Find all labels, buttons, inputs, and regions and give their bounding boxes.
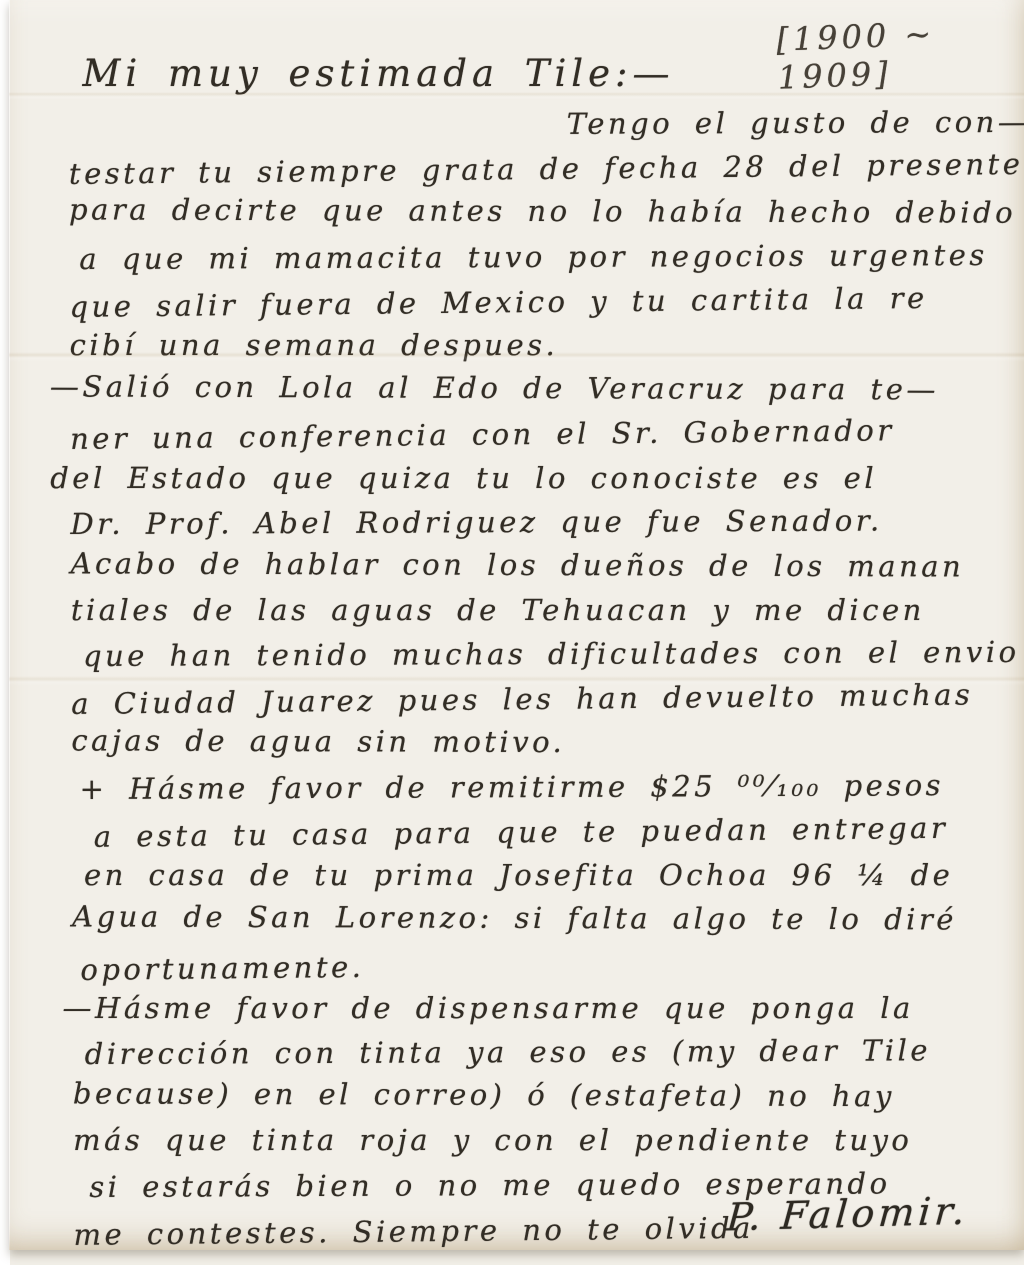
- letter-line: a que mi mamacita tuvo por negocios urge…: [79, 233, 1002, 281]
- letter-line: ner una conferencia con el Sr. Gobernado…: [70, 407, 1003, 461]
- letter-line: tiales de las aguas de Tehuacan y me dic…: [71, 588, 1004, 632]
- letter-line: oportunamente.: [80, 938, 1005, 992]
- letter-paper: [1900 ~ 1909] Mi muy estimada Tile:—Teng…: [9, 0, 1024, 1250]
- letter-line: Agua de San Lorenzo: si falta algo te lo…: [72, 895, 1005, 942]
- letter-line: que han tenido muchas dificultades con e…: [83, 630, 1004, 678]
- letter-line: —Salió con Lola al Edo de Veracruz para …: [50, 365, 1003, 413]
- letter-line: Tengo el gusto de con—: [567, 100, 1002, 146]
- letter-greeting: Mi muy estimada Tile:—: [82, 50, 1001, 102]
- letter-line: a esta tu casa para que te puedan entreg…: [94, 805, 1005, 859]
- letter-line: Dr. Prof. Abel Rodriguez que fue Senador…: [70, 498, 1003, 546]
- letter-body: Mi muy estimada Tile:—Tengo el gusto de …: [68, 48, 1006, 1253]
- letter-line: para decirte que antes no lo había hecho…: [69, 188, 1002, 235]
- letter-line: más que tinta roja y con el pendiente tu…: [73, 1118, 1006, 1162]
- letter-line: que salir fuera de Mexico y tu cartita l…: [69, 275, 1002, 329]
- letter-line: cibí una semana despues.: [70, 323, 1003, 367]
- letter-line: + Hásme favor de remitirme $25 ⁰⁰⁄₁₀₀ pe…: [80, 763, 1005, 811]
- signature: P. Falomir.: [725, 1189, 970, 1240]
- letter-line: dirección con tinta ya eso es (my dear T…: [85, 1028, 1006, 1076]
- letter-line: because) en el correo) ó (estafeta) no h…: [73, 1071, 1006, 1118]
- letter-line: Acabo de hablar con los dueños de los ma…: [71, 541, 1004, 588]
- letter-line: en casa de tu prima Josefita Ochoa 96 ¼ …: [84, 853, 1005, 897]
- letter-line: —Hásme favor de dispensarme que ponga la: [63, 986, 1006, 1030]
- letter-line: del Estado que quiza tu lo conociste es …: [50, 456, 1003, 500]
- letter-line: cajas de agua sin motivo.: [71, 718, 1004, 765]
